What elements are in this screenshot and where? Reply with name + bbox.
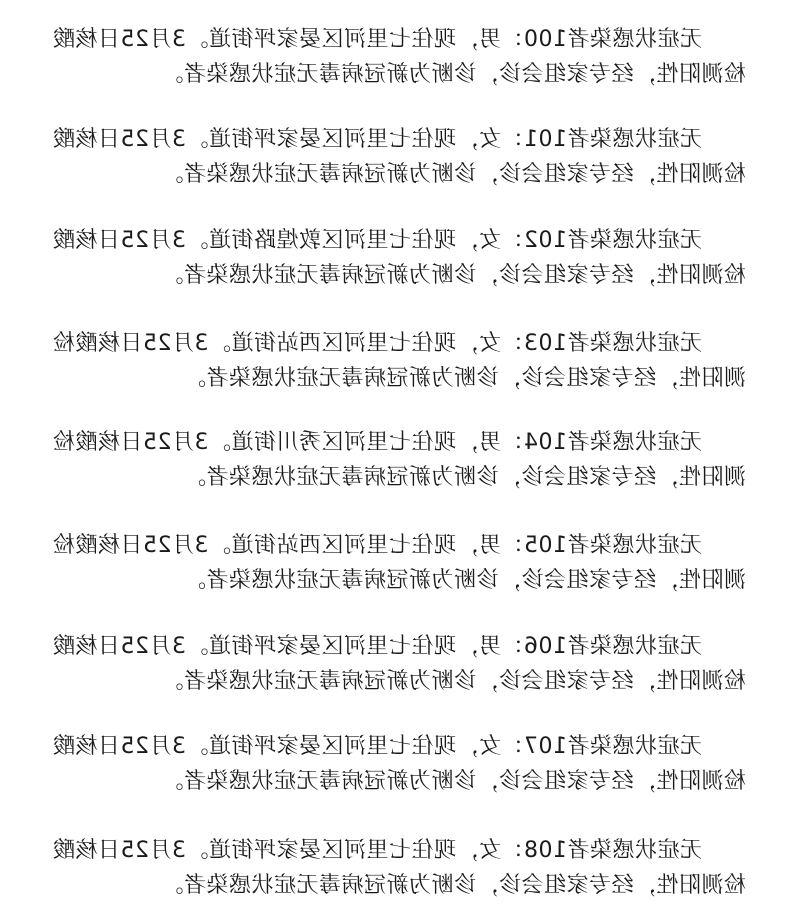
case-paragraph-101: 无症状感染者101：女，现住七里河区晏家坪街道。3月25日核酸检测阳性，经专家组… [46,122,746,192]
case-paragraph-106: 无症状感染者106：男，现住七里河区晏家坪街道。3月25日核酸检测阳性，经专家组… [46,629,746,699]
mirrored-document-page: 无症状感染者100：男，现住七里河区晏家坪街道。3月25日核酸检测阳性，经专家组… [0,0,800,923]
case-paragraph-102: 无症状感染者102：女，现住七里河区敦煌路街道。3月25日核酸检测阳性，经专家组… [46,223,746,293]
case-paragraph-104: 无症状感染者104：男，现住七里河区秀川街道。3月25日核酸检测阳性，经专家组会… [46,425,746,495]
case-paragraph-107: 无症状感染者107：女，现住七里河区晏家坪街道。3月25日核酸检测阳性，经专家组… [46,729,746,799]
case-paragraph-100: 无症状感染者100：男，现住七里河区晏家坪街道。3月25日核酸检测阳性，经专家组… [46,22,746,92]
case-paragraph-108: 无症状感染者108：女，现住七里河区晏家坪街道。3月25日核酸检测阳性，经专家组… [46,833,746,903]
case-paragraph-105: 无症状感染者105：男，现住七里河区西站街道。3月25日核酸检测阳性，经专家组会… [46,528,746,598]
case-paragraph-103: 无症状感染者103：女，现住七里河区西站街道。3月25日核酸检测阳性，经专家组会… [46,326,746,396]
